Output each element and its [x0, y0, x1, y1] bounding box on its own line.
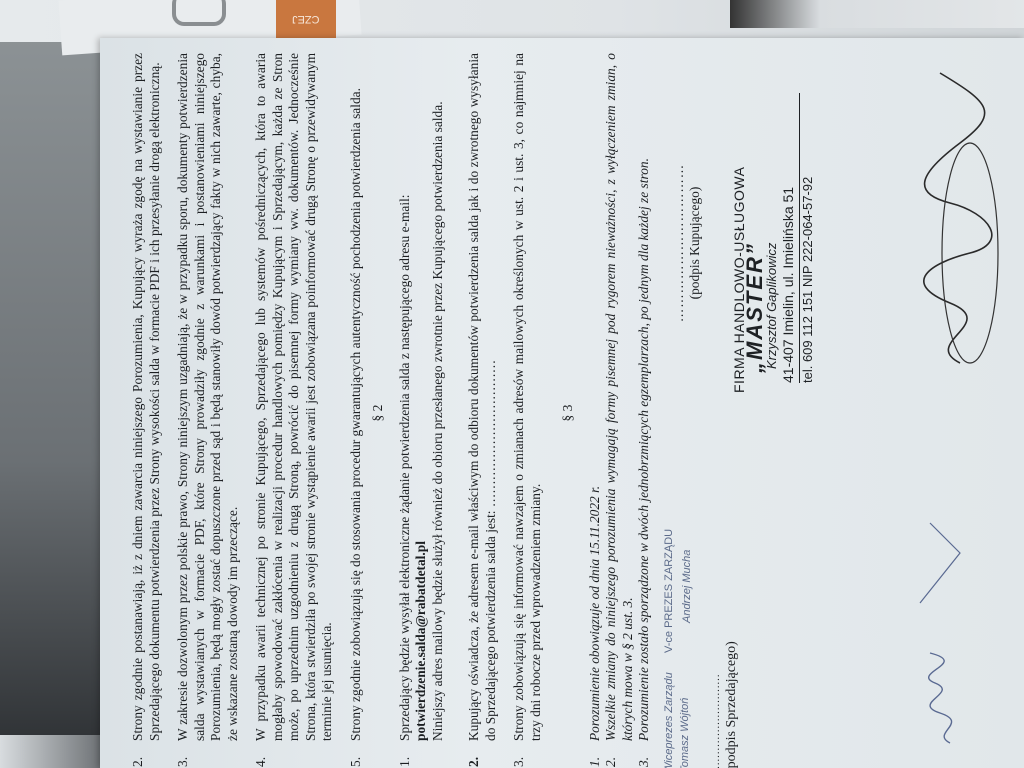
- item-number: 1.: [587, 757, 604, 767]
- item-text: Kupujący oświadcza, że adresem e-mail wł…: [466, 53, 499, 741]
- item-text: Wszelkie zmiany do niniejszego porozumie…: [603, 53, 636, 741]
- item-text: W zakresie dozwolonym przez polskie praw…: [175, 53, 241, 741]
- buyer-handwritten-signature: [900, 53, 1020, 373]
- section-3-item-2: 2.Wszelkie zmiany do niniejszego porozum…: [603, 53, 636, 768]
- background-dark-edge: [730, 0, 1024, 28]
- document-content: 2.Strony zgodnie postanawiają, iż z dnie…: [130, 53, 1024, 768]
- section-1-item-3: 4.W przypadku awarii technicznej po stro…: [253, 53, 336, 768]
- item-number: 3.: [175, 757, 192, 767]
- section-3-items: 1.Porozumienie obowiązuje od dnia 15.11.…: [587, 53, 653, 768]
- section-2-item-3: 3. Strony zobowiązują się informować naw…: [511, 53, 544, 768]
- buyer-signature-line: ……………………………: [671, 73, 688, 413]
- item-number: 5.: [348, 757, 365, 767]
- document-paper: 2.Strony zgodnie postanawiają, iż z dnie…: [100, 38, 1024, 768]
- seller-stamp-name-2: Andrzej Mucha: [679, 550, 696, 623]
- company-stamp: FIRMA HANDLOWO-USŁUGOWA „MASTER” Krzyszt…: [731, 93, 817, 393]
- email-address: potwierdzenie.salda@rabatdetal.pl: [413, 53, 430, 741]
- stamp-phone-nip: tel. 609 112 151 NIP 222-064-57-92: [800, 93, 817, 383]
- item-number: 3.: [636, 757, 653, 767]
- section-2-heading: § 2: [370, 53, 387, 768]
- item-text: Strony zgodnie zobowiązują się do stosow…: [348, 53, 365, 741]
- seller-stamp-title-2: V-ce PREZES ZARZĄDU: [661, 529, 678, 653]
- background-orange-label: CZEJ: [276, 0, 336, 38]
- item-text: Strony zgodnie postanawiają, iż z dniem …: [130, 53, 163, 741]
- stamp-company-name: „MASTER”: [747, 93, 764, 373]
- section-2-item-2: 2. Kupujący oświadcza, że adresem e-mail…: [466, 53, 499, 768]
- section-3-item-1: 1.Porozumienie obowiązuje od dnia 15.11.…: [587, 53, 604, 768]
- item-number: 2.: [130, 757, 147, 767]
- item-text: Sprzedający będzie wysyłał elektroniczne…: [397, 53, 414, 741]
- background-binder-ring: [172, 0, 226, 26]
- section-1-item-1: 2.Strony zgodnie postanawiają, iż z dnie…: [130, 53, 163, 768]
- section-1-item-4: 5.Strony zgodnie zobowiązują się do stos…: [348, 53, 365, 768]
- section-3-item-3: 3.Porozumienie zostało sporządzone w dwó…: [636, 53, 653, 768]
- item-text: Porozumienie zostało sporządzone w dwóch…: [636, 53, 653, 741]
- item-number: 2.: [603, 757, 620, 767]
- item-number: 4.: [253, 757, 270, 767]
- seller-signature-label: (podpis Sprzedającego): [724, 513, 741, 768]
- item-text: Porozumienie obowiązuje od dnia 15.11.20…: [587, 53, 604, 741]
- section-1-item-2: 3.W zakresie dozwolonym przez polskie pr…: [175, 53, 241, 768]
- stamp-owner: Krzysztof Gaplikowicz: [764, 93, 781, 369]
- section-2-item-1: 1. Sprzedający będzie wysyłał elektronic…: [397, 53, 447, 768]
- item-text: Strony zobowiązują się informować nawzaj…: [511, 53, 544, 741]
- buyer-signature-label: (podpis Kupującego): [687, 73, 704, 413]
- seller-signature-block: Wiceprezes Zarządu Tomasz Wójtoń V-ce PR…: [661, 513, 741, 768]
- buyer-signature-block: …………………………… (podpis Kupującego): [671, 73, 704, 413]
- section-3-heading: § 3: [560, 53, 577, 768]
- seller-handwritten-signature: [900, 493, 1000, 753]
- seller-signature-line: ………………………: [708, 513, 725, 768]
- stamp-address: 41-407 Imielin, ul. Imielińska 51: [780, 93, 800, 383]
- item-text: Niniejszy adres mailowy będzie służył ró…: [430, 53, 447, 741]
- item-text: W przypadku awarii technicznej po stroni…: [253, 53, 336, 741]
- section-1-items: 2.Strony zgodnie postanawiają, iż z dnie…: [130, 53, 364, 768]
